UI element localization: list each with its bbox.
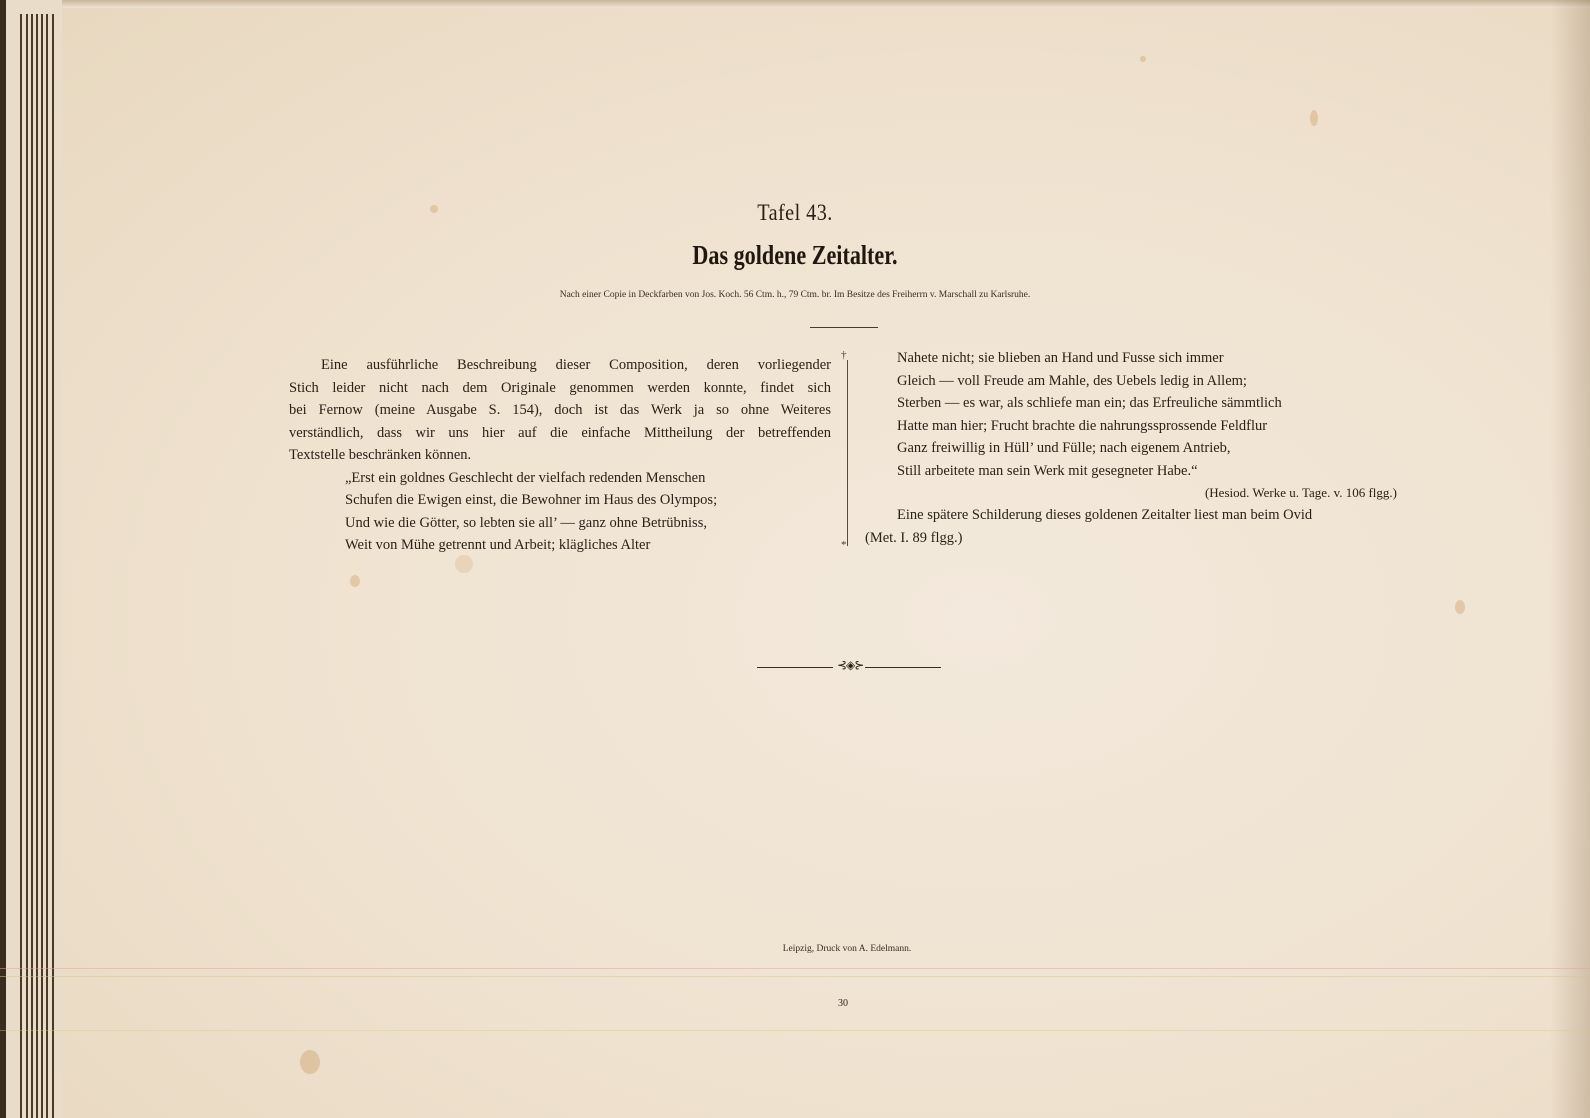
source-note: Nach einer Copie in Deckfarben von Jos. … (0, 290, 1590, 300)
intro-line: Stich leider nicht nach dem Originale ge… (289, 377, 831, 400)
ovid-paragraph: Eine spätere Schilderung dieses goldenen… (865, 504, 1417, 549)
left-column: Eine ausführliche Beschreibung dieser Co… (289, 354, 831, 557)
printer-imprint: Leipzig, Druck von A. Edelmann. (52, 944, 1590, 954)
verse-line: Und wie die Götter, so lebten sie all’ —… (345, 512, 831, 535)
title-rule (810, 327, 878, 328)
verse-line: Nahete nicht; sie blieben an Hand und Fu… (897, 347, 1417, 370)
right-column: Nahete nicht; sie blieben an Hand und Fu… (897, 347, 1417, 549)
fleuron-icon: ⊰◈⊱ (837, 658, 863, 673)
verse-line: Gleich — voll Freude am Mahle, des Uebel… (897, 370, 1417, 393)
verse-line: Hatte man hier; Frucht brachte die nahru… (897, 415, 1417, 438)
ornament-rule-right (865, 667, 941, 668)
top-edge-shadow (6, 0, 1590, 8)
intro-line: bei Fernow (meine Ausgabe S. 154), doch … (289, 399, 831, 422)
verse-line: Ganz freiwillig in Hüll’ und Fülle; nach… (897, 437, 1417, 460)
ovid-line: (Met. I. 89 flgg.) (865, 527, 1417, 550)
binding-edge (0, 0, 6, 1118)
hesiod-verse-left: „Erst ein goldnes Geschlecht der vielfac… (289, 467, 831, 557)
ornament-rule-left (757, 667, 833, 668)
verse-line: Schufen die Ewigen einst, die Bewohner i… (345, 489, 831, 512)
verse-line: Sterben — es war, als schliefe man ein; … (897, 392, 1417, 415)
foxing-stain (350, 575, 360, 587)
column-divider (847, 360, 848, 546)
verse-line: Weit von Mühe getrennt und Arbeit; klägl… (345, 534, 831, 557)
scan-artifact-line (0, 1030, 1590, 1031)
plate-title: Tafel 43. (95, 200, 1494, 226)
verse-line: „Erst ein goldnes Geschlecht der vielfac… (345, 467, 831, 490)
scanned-page: Tafel 43. Das goldene Zeitalter. Nach ei… (0, 0, 1590, 1118)
intro-line: Eine ausführliche Beschreibung dieser Co… (289, 354, 831, 377)
intro-paragraph: Eine ausführliche Beschreibung dieser Co… (289, 354, 831, 467)
scan-artifact-line (0, 968, 1590, 969)
foxing-stain (300, 1050, 320, 1074)
column-divider-top-ornament: † (841, 349, 847, 361)
verse-citation: (Hesiod. Werke u. Tage. v. 106 flgg.) (897, 482, 1417, 504)
hesiod-verse-right: Nahete nicht; sie blieben an Hand und Fu… (897, 347, 1417, 482)
page-number: 30 (838, 998, 848, 1009)
verse-line: Still arbeitete man sein Werk mit gesegn… (897, 460, 1417, 483)
section-ornament: ⊰◈⊱ (757, 662, 941, 674)
scan-artifact-line (0, 976, 1590, 977)
foxing-stain (455, 555, 473, 573)
ovid-line: Eine spätere Schilderung dieses goldenen… (865, 504, 1417, 527)
intro-line: verständlich, dass wir uns hier auf die … (289, 422, 831, 445)
intro-line: Textstelle beschränken können. (289, 444, 831, 467)
foxing-stain (1455, 600, 1465, 614)
foxing-stain (1140, 56, 1146, 62)
column-divider-bottom-ornament: * (841, 539, 847, 551)
foxing-stain (1310, 110, 1318, 126)
page-heading: Das goldene Zeitalter. (143, 240, 1447, 271)
